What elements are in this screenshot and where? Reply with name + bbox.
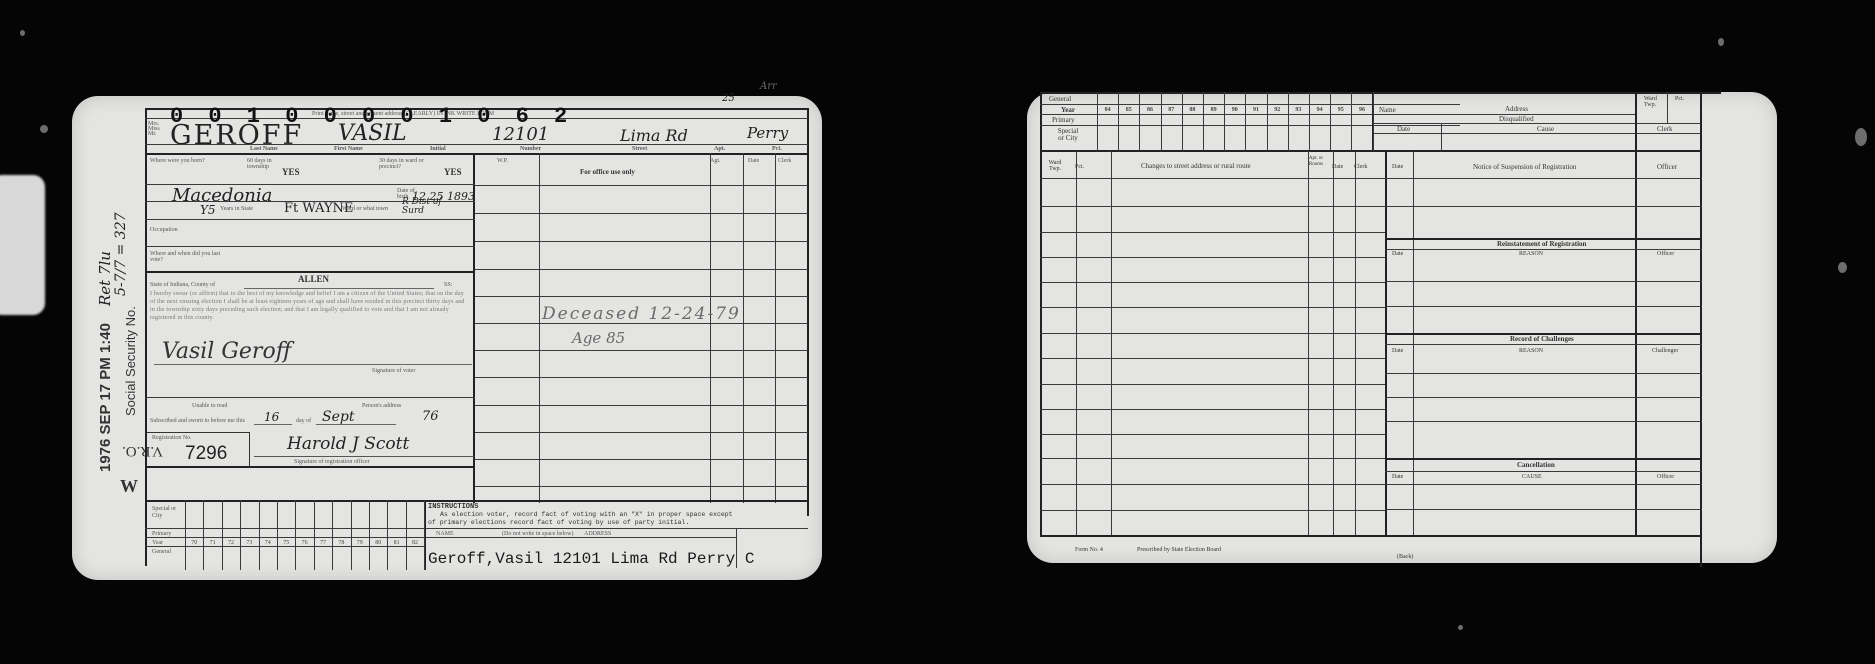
right-year-cell: 95 <box>1330 107 1351 113</box>
left-year-cell: 70 <box>185 540 203 546</box>
label-special-city: Special or City <box>152 506 182 520</box>
left-year-cell: 79 <box>351 540 369 546</box>
label-persons-address: Person's address <box>362 403 401 409</box>
dust-speck <box>1838 262 1847 273</box>
sworn-year: 76 <box>422 410 439 423</box>
label-address: Address <box>1505 106 1528 113</box>
sworn-day: 16 <box>264 411 279 423</box>
cancellation-officer: Officer <box>1657 474 1674 480</box>
first-name: VASIL <box>338 123 407 145</box>
voter-signature: Vasil Geroff <box>162 341 291 363</box>
label-changes-header: Changes to street address or rural route <box>1141 163 1251 170</box>
years-in-state: Y5 <box>200 204 216 216</box>
dust-speck <box>1718 38 1724 46</box>
label-born-where: Where were you born? <box>150 158 205 164</box>
sworn-month: Sept <box>322 410 354 424</box>
right-year-cell: 85 <box>1118 107 1139 113</box>
row-general: General <box>1049 96 1071 103</box>
right-year-cell: 93 <box>1288 107 1309 113</box>
left-year-cell: 76 <box>295 540 313 546</box>
received-stamp: 1976 SEP 17 PM 1:40 <box>98 323 113 472</box>
label-initial: Initial <box>430 146 446 152</box>
left-year-cell: 74 <box>259 540 277 546</box>
label-date: Date <box>748 158 759 164</box>
label-changes-clerk: Clerk <box>1354 164 1367 170</box>
label-general: General <box>152 549 171 555</box>
label-agt: Agt. <box>710 158 721 164</box>
voter-registration-card-front: 1976 SEP 17 PM 1:40 Social Security No. … <box>72 96 822 580</box>
row-year: Year <box>1061 107 1075 114</box>
right-year-cell: 86 <box>1139 107 1160 113</box>
birthplace: Macedonia <box>172 187 272 205</box>
margin-note-2: 5-7/7 = 327 <box>114 212 128 296</box>
left-year-cell: 82 <box>406 540 424 546</box>
label-disqualified: Disqualified <box>1499 116 1534 123</box>
reinstatement-title: Reinstatement of Registration <box>1497 241 1586 248</box>
ssn-label: Social Security No. <box>124 306 137 416</box>
challenges-date: Date <box>1392 348 1403 354</box>
light-blob <box>0 175 45 315</box>
typed-label: Geroff,Vasil 12101 Lima Rd Perry C <box>428 551 754 567</box>
label-ward: W.P. <box>497 158 508 164</box>
label-unable-to-read: Unable to read <box>192 403 227 409</box>
label-pct-top: Pct. <box>1675 96 1684 102</box>
label-where-last-voted: Where and when did you last vote? <box>150 251 230 263</box>
instructions-line-1: As election voter, record fact of voting… <box>440 512 733 519</box>
yes-1: YES <box>282 168 300 177</box>
label-number: Number <box>520 146 541 152</box>
label-ss: SS: <box>444 282 452 288</box>
registration-number: 7296 <box>185 444 227 463</box>
cancellation-date: Date <box>1392 474 1403 480</box>
instructions-line-2: of primary elections record fact of voti… <box>428 520 689 527</box>
label-ward-township: Ward or what town <box>342 206 388 212</box>
yes-2: YES <box>444 168 462 177</box>
left-year-cell: 72 <box>222 540 240 546</box>
township: Perry <box>747 126 788 141</box>
label-notice-header: Notice of Suspension of Registration <box>1473 164 1576 171</box>
official-signature: Harold J Scott <box>287 436 409 453</box>
right-year-cell: 96 <box>1351 107 1372 113</box>
right-year-cell: 87 <box>1161 107 1182 113</box>
label-occupation: Occupation <box>150 227 178 233</box>
label-signature-voter: Signature of voter <box>372 368 415 374</box>
corner-scribble: Arr <box>760 82 777 92</box>
street: Lima Rd <box>620 128 688 144</box>
label-days-precinct: 30 days in ward or precinct? <box>379 158 429 170</box>
reinstatement-reason: REASON <box>1519 251 1543 257</box>
instructions-title: INSTRUCTIONS <box>428 504 478 511</box>
dust-speck <box>20 30 25 36</box>
label-first-name: First Name <box>334 146 363 152</box>
reinstatement-officer: Officer <box>1657 251 1674 257</box>
dust-speck <box>40 125 48 133</box>
prescribed-by: Prescribed by State Election Board <box>1137 547 1221 553</box>
label-state-county: State of Indiana, County of <box>150 282 215 288</box>
label-last-name: Last Name <box>250 146 278 152</box>
label-day-of: day of <box>296 418 311 424</box>
row-primary: Primary <box>1052 117 1075 124</box>
deceased-note: Deceased 12-24-79 <box>542 306 741 323</box>
label-pct: Pct. <box>772 146 782 152</box>
right-year-cell: 84 <box>1097 107 1118 113</box>
name-prefix: Mrs. Miss Mr. <box>148 122 162 137</box>
right-year-cell: 92 <box>1267 107 1288 113</box>
left-year-cell: 77 <box>314 540 332 546</box>
right-year-cell: 90 <box>1224 107 1245 113</box>
label-subscribed: Subscribed and sworn to before me this <box>150 418 245 424</box>
left-year-cell: 73 <box>240 540 258 546</box>
label-ward-twp: Ward Twp. <box>1044 160 1066 172</box>
left-year-cell: 78 <box>332 540 350 546</box>
label-street: Street <box>632 146 647 152</box>
challenges-reason: REASON <box>1519 348 1543 354</box>
top-scribble: 25 <box>722 94 735 104</box>
right-year-cell: 91 <box>1245 107 1266 113</box>
right-year-cell: 88 <box>1182 107 1203 113</box>
cancellation-title: Cancellation <box>1517 462 1555 469</box>
post-birth-note: R Dist of Surd <box>402 198 452 216</box>
oath-text: I hereby swear (or affirm) that to the b… <box>150 290 468 334</box>
w-label: W <box>120 477 138 495</box>
right-year-cell: 89 <box>1203 107 1224 113</box>
county: ALLEN <box>298 275 329 284</box>
form-no: Form No. 4 <box>1075 547 1103 553</box>
label-clerk: Clerk <box>778 158 791 164</box>
right-year-cell: 94 <box>1309 107 1330 113</box>
label-office-use: For office use only <box>580 169 635 176</box>
house-number: 12101 <box>492 126 549 144</box>
label-apt: Apt. <box>714 146 725 152</box>
cancellation-cause: CAUSE <box>1522 474 1542 480</box>
label-days-township: 60 days in township <box>247 158 287 170</box>
label-signature-official: Signature of registration officer <box>294 459 370 465</box>
label-years-in-state: Years in State <box>220 206 253 212</box>
label-disq-cause: Cause <box>1537 126 1554 133</box>
label-registration-no: Registration No. <box>152 435 192 441</box>
label-notice-date: Date <box>1392 164 1403 170</box>
label-disq-date: Date <box>1397 126 1410 133</box>
challenges-title: Record of Challenges <box>1510 336 1574 343</box>
left-year-cell: 80 <box>369 540 387 546</box>
label-apt-rooms: Apt. or Rooms <box>1307 156 1325 168</box>
left-year-cell: 81 <box>387 540 405 546</box>
dust-speck <box>1855 128 1867 146</box>
label-ward-twp-top: Ward Twp. <box>1644 96 1662 108</box>
label-name: Name <box>1379 107 1396 114</box>
margin-note-1: Ret 7lu <box>98 251 113 306</box>
age-note: Age 85 <box>572 331 625 346</box>
left-year-cell: 75 <box>277 540 295 546</box>
left-year-cell: 71 <box>203 540 221 546</box>
voter-registration-card-back: General Year Primary Special or City Nam… <box>1027 92 1777 563</box>
reinstatement-date: Date <box>1392 251 1403 257</box>
label-disq-clerk: Clerk <box>1657 126 1673 133</box>
back-label: (Back) <box>1397 554 1413 560</box>
dust-speck <box>1458 625 1463 630</box>
row-special-city: Special or City <box>1055 128 1081 142</box>
label-notice-officer: Officer <box>1657 164 1677 171</box>
challenges-challenger: Challenger <box>1652 348 1678 354</box>
